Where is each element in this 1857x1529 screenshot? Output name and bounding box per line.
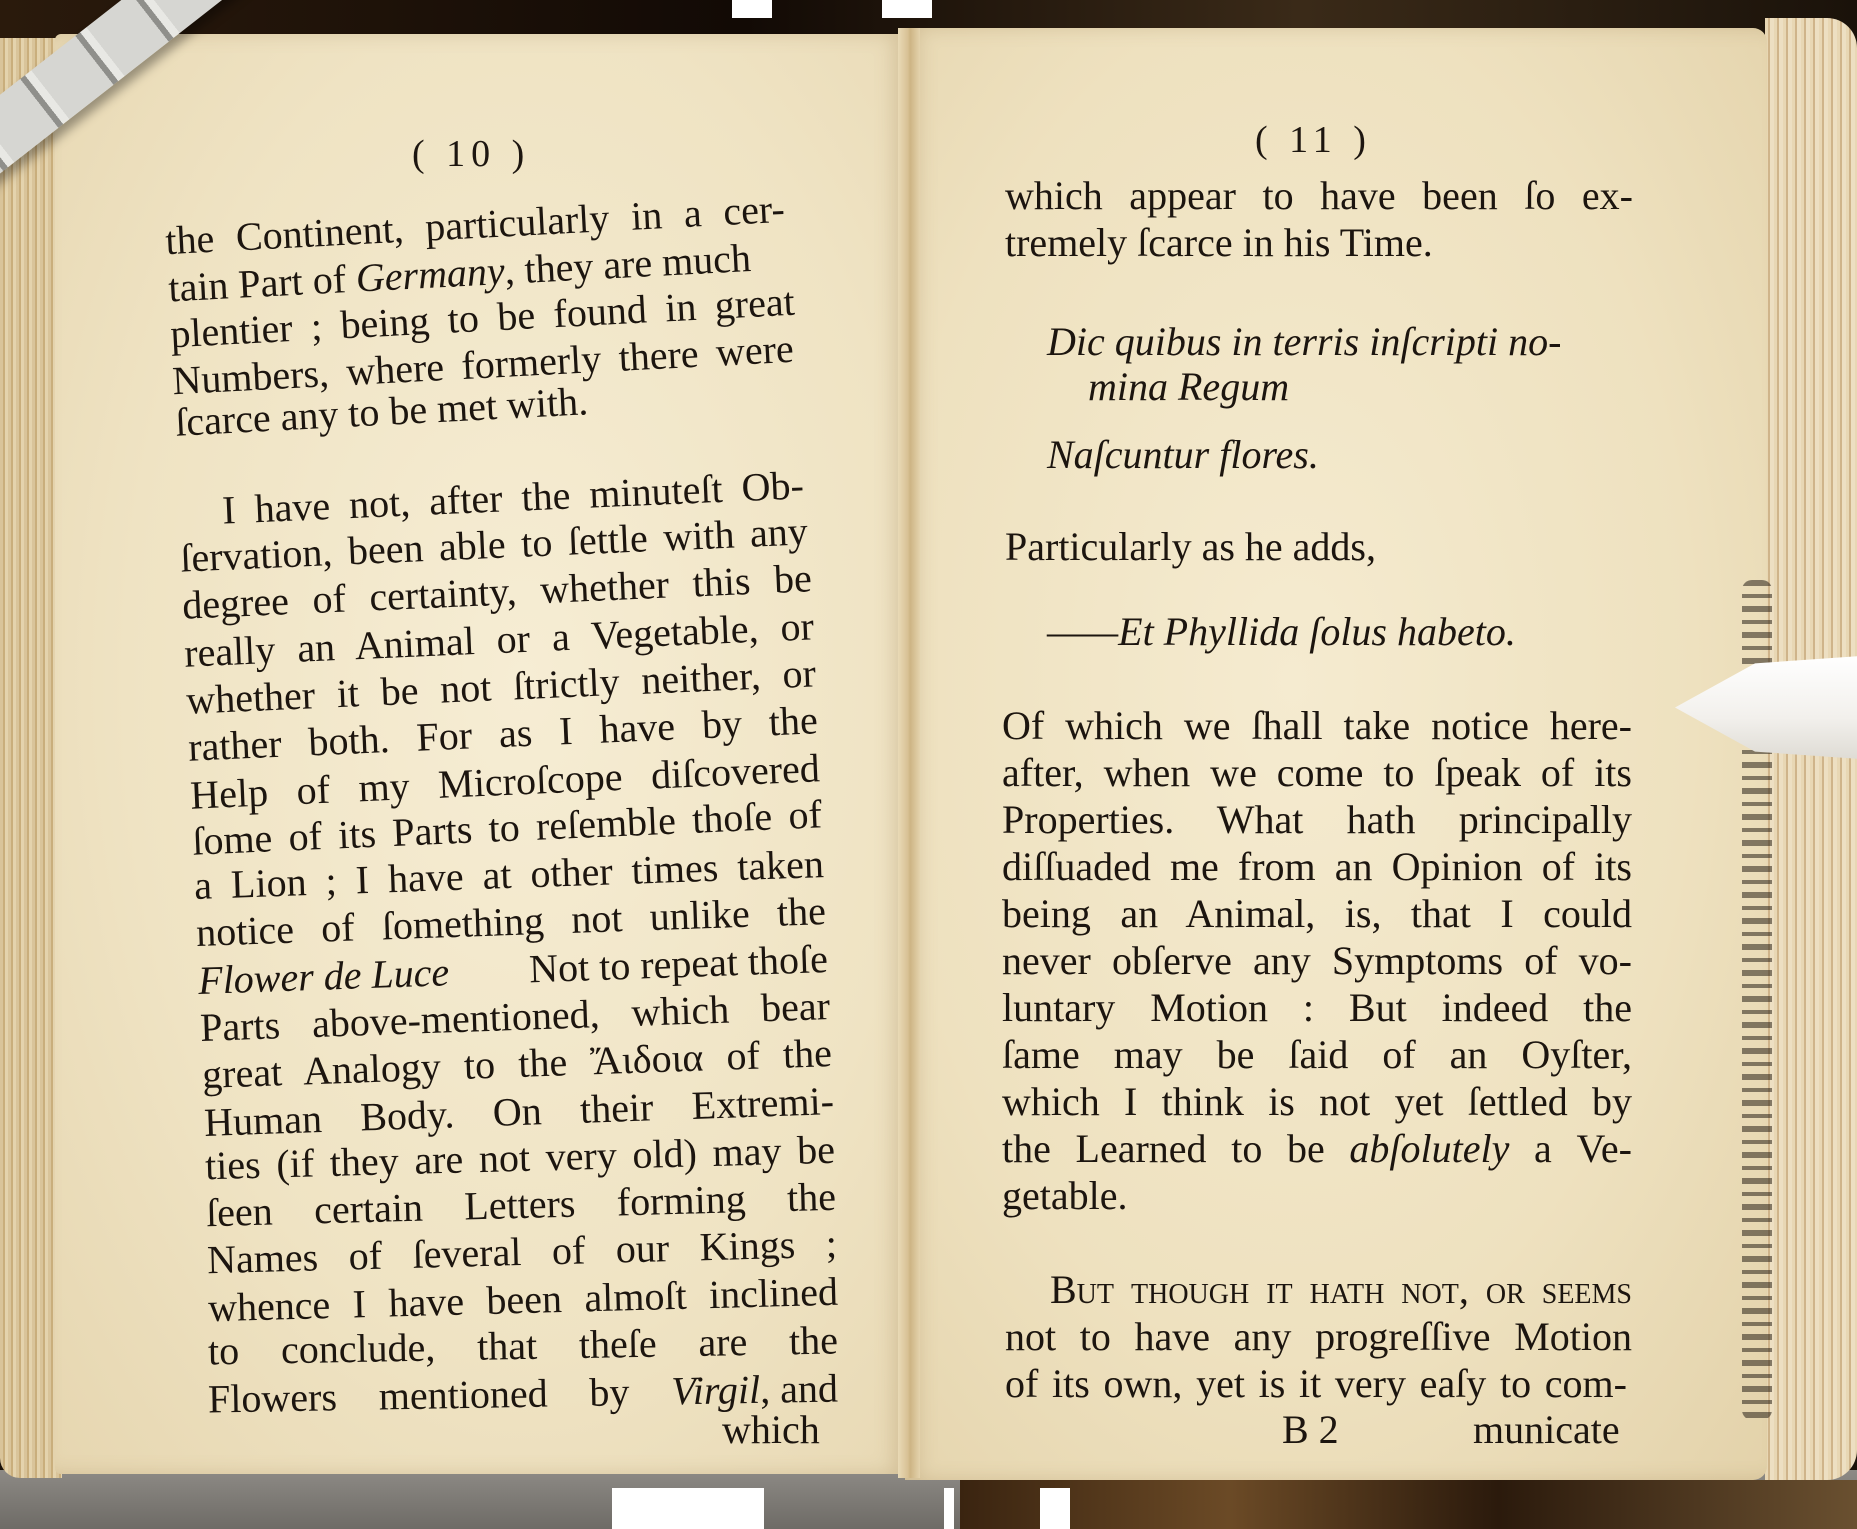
book-spread-scene: ( 10 ) the Continent, particularly in a … [0, 0, 1857, 1529]
text-line: which appear to have been ſo ex- [1005, 176, 1633, 216]
quote-line: ——Et Phyllida ſolus habeto. [1047, 612, 1516, 652]
background-bottom-right [960, 1480, 1857, 1529]
page-number-left: ( 10 ) [412, 132, 530, 176]
text-line: after, when we come to ſpeak of its [1002, 753, 1632, 793]
latin-quote: Naſcuntur flores. [1047, 432, 1319, 477]
quote-line: mina Regum [1088, 367, 1289, 407]
text-line: But though it hath not, or ſeems [1050, 1270, 1632, 1310]
quote-line: Naſcuntur flores. [1047, 435, 1319, 475]
text-line: to conclude, that theſe are the [208, 1321, 839, 1372]
catchword-left: which [722, 1410, 820, 1450]
top-tab-mark [882, 0, 932, 18]
italic-term: abſolutely [1349, 1129, 1509, 1169]
italic-term: Germany [355, 248, 506, 301]
text-line: being an Animal, is, that I could [1002, 894, 1632, 934]
signature-mark: B 2 [1282, 1410, 1339, 1450]
text-line: Particularly as he adds, [1005, 527, 1376, 567]
text-line: diſſuaded me from an Opinion of its [1002, 847, 1632, 887]
top-tab-mark [732, 0, 772, 18]
text-line: Of which we ſhall take notice here- [1002, 706, 1632, 746]
left-page-edges [0, 38, 62, 1478]
text-line: of its own, yet is it very eaſy to com- [1005, 1364, 1627, 1404]
catchword-right: municate [1473, 1410, 1620, 1450]
latin-quote: Dic quibus in terris inſcripti no- [1047, 322, 1561, 362]
bottom-tab-mark [1040, 1488, 1070, 1529]
text-line: getable. [1002, 1176, 1128, 1216]
bottom-tab-mark [612, 1488, 764, 1529]
text-line: Properties. What hath principally [1002, 800, 1632, 840]
text-line: ſame may be ſaid of an Oyſter, [1002, 1035, 1632, 1075]
text-line: tremely ſcarce in his Time. [1005, 223, 1433, 263]
text-line: theLearnedtobeabſolutelyaVe- [1002, 1129, 1632, 1169]
bottom-tab-mark [944, 1488, 954, 1529]
text-line: which I think is not yet ſettled by [1002, 1082, 1632, 1122]
text-line: never obſerve any Symptoms of vo- [1002, 941, 1632, 981]
latin-quote: ——Et Phyllida ſolus habeto. [1047, 609, 1516, 654]
latin-quote: mina Regum [1088, 364, 1289, 409]
italic-term: Flower de Luce [197, 952, 449, 1001]
text-line: luntary Motion : But indeed the [1002, 988, 1632, 1028]
page-number-right: ( 11 ) [1255, 118, 1372, 162]
quote-line: Dic quibus in terris inſcripti no- [1047, 322, 1633, 362]
book-gutter [898, 28, 920, 1478]
text-line: not to have any progreſſive Motion [1005, 1317, 1632, 1357]
